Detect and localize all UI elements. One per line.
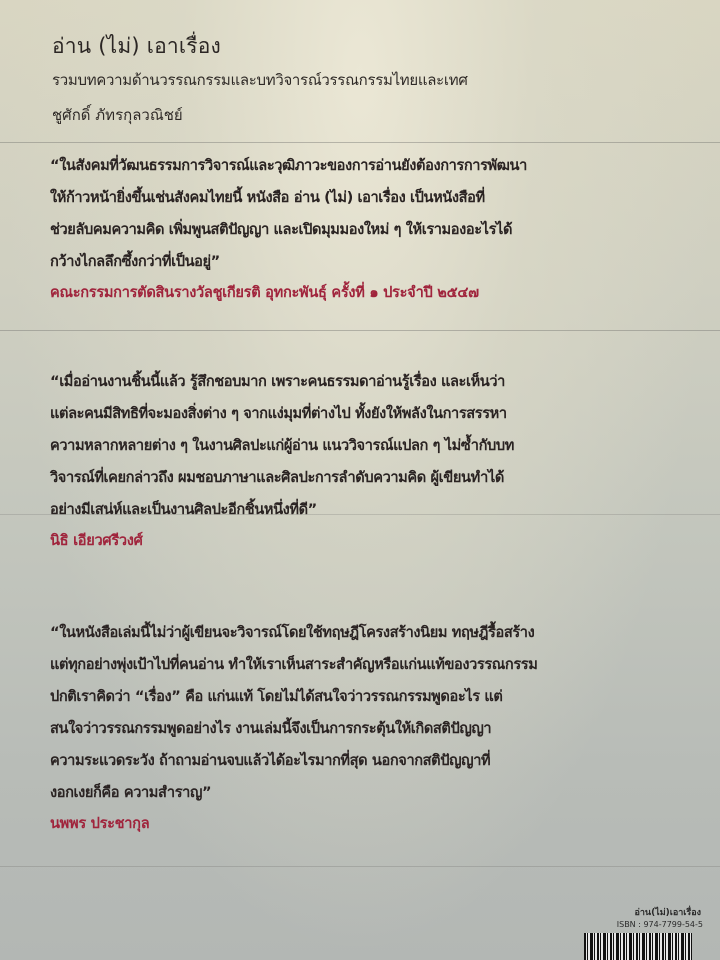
- quote-line: งอกเงยก็คือ ความสำราญ”: [50, 777, 715, 809]
- barcode-area: อ่าน(ไม่)เอาเรื่อง ISBN : 974-7799-54-5: [580, 905, 715, 960]
- quote-line: ช่วยลับคมความคิด เพิ่มพูนสติปัญญา และเปิ…: [50, 214, 715, 246]
- book-author: ชูศักดิ์ ภัทรกุลวณิชย์: [52, 103, 183, 127]
- quote-line: กว้างไกลลึกซึ้งกว่าที่เป็นอยู่”: [50, 246, 715, 278]
- quote-line: ความหลากหลายต่าง ๆ ในงานศิลปะแก่ผู้อ่าน …: [50, 430, 715, 462]
- book-back-cover: อ่าน (ไม่) เอาเรื่อง รวมบทความด้านวรรณกร…: [0, 0, 720, 960]
- quote-line: แต่ละคนมีสิทธิที่จะมองสิ่งต่าง ๆ จากแง่ม…: [50, 398, 715, 430]
- divider: [0, 142, 720, 143]
- quote-line: อย่างมีเสน่ห์และเป็นงานศิลปะอีกชิ้นหนึ่ง…: [50, 494, 715, 526]
- quote-block-3: “ในหนังสือเล่มนี้ไม่ว่าผู้เขียนจะวิจารณ์…: [50, 617, 715, 839]
- divider: [0, 330, 720, 331]
- quote-line: ให้ก้าวหน้ายิ่งขึ้นเช่นสังคมไทยนี้ หนังส…: [50, 182, 715, 214]
- quote-attribution: นพพร ประชากุล: [50, 809, 715, 839]
- book-subtitle: รวมบทความด้านวรรณกรรมและบทวิจารณ์วรรณกรร…: [52, 68, 468, 92]
- quote-line: สนใจว่าวรรณกรรมพูดอย่างไร งานเล่มนี้จึงเ…: [50, 713, 715, 745]
- divider: [0, 514, 720, 515]
- quote-line: แต่ทุกอย่างพุ่งเป้าไปที่คนอ่าน ทำให้เราเ…: [50, 649, 715, 681]
- barcode-icon: [584, 933, 692, 960]
- quote-line: ความระแวดระวัง ถ้าถามอ่านจบแล้วได้อะไรมา…: [50, 745, 715, 777]
- quote-line: ปกติเราคิดว่า “เรื่อง” คือ แก่นแท้ โดยไม…: [50, 681, 715, 713]
- book-title: อ่าน (ไม่) เอาเรื่อง: [52, 30, 221, 63]
- quote-line: “ในสังคมที่วัฒนธรรมการวิจารณ์และวุฒิภาวะ…: [50, 150, 715, 182]
- quote-line: “ในหนังสือเล่มนี้ไม่ว่าผู้เขียนจะวิจารณ์…: [50, 617, 715, 649]
- quote-line: วิจารณ์ที่เคยกล่าวถึง ผมชอบภาษาและศิลปะก…: [50, 462, 715, 494]
- quote-block-2: “เมื่ออ่านงานชิ้นนี้แล้ว รู้สึกชอบมาก เพ…: [50, 366, 715, 556]
- quote-attribution: คณะกรรมการตัดสินรางวัลชูเกียรติ อุทกะพัน…: [50, 278, 715, 308]
- quote-line: “เมื่ออ่านงานชิ้นนี้แล้ว รู้สึกชอบมาก เพ…: [50, 366, 715, 398]
- divider: [0, 866, 720, 867]
- quote-attribution: นิธิ เอียวศรีวงศ์: [50, 526, 715, 556]
- quote-block-1: “ในสังคมที่วัฒนธรรมการวิจารณ์และวุฒิภาวะ…: [50, 150, 715, 308]
- barcode-title: อ่าน(ไม่)เอาเรื่อง: [580, 905, 715, 919]
- isbn-label: ISBN : 974-7799-54-5: [580, 920, 715, 929]
